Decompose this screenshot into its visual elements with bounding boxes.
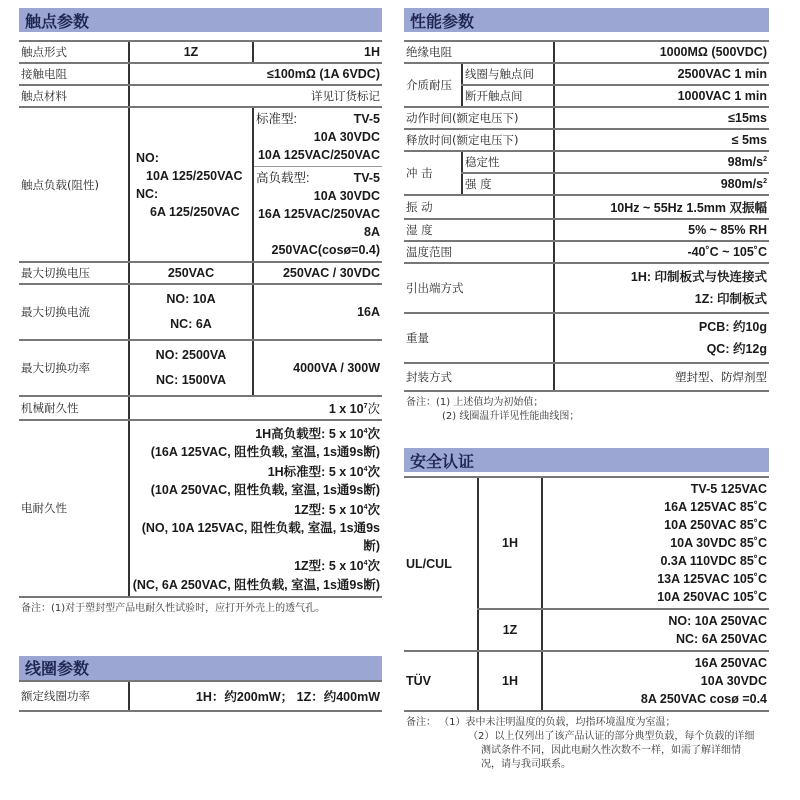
- text-line: 1H高负载型: 5 x 104次: [132, 423, 380, 443]
- row-label: 振 动: [404, 195, 554, 219]
- performance-section-title: 性能参数: [404, 8, 769, 32]
- model-label: 1H: [478, 477, 542, 609]
- text-line: 1H: 印制板式与快连接式: [557, 266, 767, 288]
- cell-1z: NO: 2500VA NC: 1500VA: [129, 340, 253, 396]
- cell-value: -40˚C ~ 105˚C: [554, 241, 769, 263]
- table-row: 封装方式 塑封型、防焊剂型: [404, 363, 769, 391]
- cell-value: 2500VAC 1 min: [554, 63, 769, 85]
- table-row: TÜV 1H 16A 250VAC 10A 30VDC 8A 250VAC co…: [404, 651, 769, 711]
- row-label: 绝缘电阻: [404, 41, 554, 63]
- text-line: 8A 250VAC cosø =0.4: [545, 690, 767, 708]
- row-label: 最大切换功率: [19, 340, 129, 396]
- table-row: 触点负载(阻性) NO: 10A 125/250VAC NC: 6A 125/2…: [19, 107, 382, 167]
- text-line: (10A 250VAC, 阻性负载, 室温, 1s通9s断): [132, 481, 380, 499]
- row-label: 释放时间(额定电压下): [404, 129, 554, 151]
- cell-value: 塑封型、防焊剂型: [554, 363, 769, 391]
- text-line: 16A 125VAC/250VAC: [256, 205, 380, 223]
- row-label: 封装方式: [404, 363, 554, 391]
- row-label: 额定线圈功率: [19, 681, 129, 711]
- cell-1z: 1Z: [129, 41, 253, 63]
- text-line: 1H标准型: 5 x 104次: [132, 461, 380, 481]
- heavy-label: 高负载型:: [256, 169, 309, 187]
- safety-note: 备注： （1）表中未注明温度的负载，均指环境温度为室温； （2）以上仅列出了该产…: [404, 712, 769, 776]
- text-line: 10A 125VAC/250VAC: [256, 146, 380, 164]
- cell-value: 1000VAC 1 min: [554, 85, 769, 107]
- unit-text: 次: [367, 427, 380, 441]
- performance-params-table: 绝缘电阻 1000MΩ (500VDC) 介质耐压 线圈与触点间 2500VAC…: [404, 40, 769, 392]
- cell-value: 980m/s2: [554, 173, 769, 195]
- model-label: 1Z: [478, 609, 542, 651]
- table-row: 湿 度 5% ~ 85% RH: [404, 219, 769, 241]
- safety-section-title: 安全认证: [404, 448, 769, 472]
- contact-note: 备注：(1)对于塑封型产品电耐久性试验时，应打开外壳上的透气孔。: [19, 598, 382, 620]
- sub-label: 强 度: [462, 173, 554, 195]
- text-line: 1Z型: 5 x 104次: [132, 555, 380, 575]
- text-line: TV-5 125VAC: [545, 480, 767, 498]
- row-label: 最大切换电流: [19, 284, 129, 340]
- text-line: 6A 125/250VAC: [136, 203, 250, 221]
- table-row: 最大切换功率 NO: 2500VA NC: 1500VA 4000VA / 30…: [19, 340, 382, 396]
- row-label: 电耐久性: [19, 420, 129, 597]
- text-line: NO: 2500VA: [132, 343, 250, 368]
- cell-value: 详见订货标记: [129, 85, 382, 107]
- cell-1h-heavy: 高负载型:TV-5 10A 30VDC 16A 125VAC/250VAC 8A…: [253, 167, 382, 263]
- table-row: 释放时间(额定电压下) ≤ 5ms: [404, 129, 769, 151]
- cell-value: ≤15ms: [554, 107, 769, 129]
- cell-value: 10Hz ~ 55Hz 1.5mm 双振幅: [554, 195, 769, 219]
- text-line: (NO, 10A 125VAC, 阻性负载, 室温, 1s通9s断): [132, 519, 380, 555]
- table-row: 机械耐久性 1 x 107次: [19, 396, 382, 420]
- note-line: 测试条件不同，因此电耐久性次数不一样，如需了解详细情: [406, 744, 767, 758]
- unit-text: 次: [367, 402, 380, 416]
- note-line: 备注： （1）表中未注明温度的负载，均指环境温度为室温；: [406, 716, 767, 730]
- text-line: NO: 10A: [132, 287, 250, 312]
- value-text: 1 x 10: [329, 402, 364, 416]
- text-line: 16A 125VAC 85˚C: [545, 498, 767, 516]
- text-line: (16A 125VAC, 阻性负载, 室温, 1s通9s断): [132, 443, 380, 461]
- text-line: 10A 30VDC: [545, 672, 767, 690]
- row-label: 机械耐久性: [19, 396, 129, 420]
- row-label: 接触电阻: [19, 63, 129, 85]
- text-line: NC: 6A 250VAC: [545, 630, 767, 648]
- text-line: 1Z型: 5 x 104次: [132, 499, 380, 519]
- row-label: 湿 度: [404, 219, 554, 241]
- sub-label: 断开触点间: [462, 85, 554, 107]
- standard-rating: TV-5: [354, 110, 380, 128]
- text-line: 10A 30VDC: [256, 128, 380, 146]
- cell-value: 1 x 107次: [129, 396, 382, 420]
- heavy-rating: TV-5: [354, 169, 380, 187]
- performance-note: 备注：(1) 上述值均为初始值； (2) 线圈温升详见性能曲线图；: [404, 392, 769, 428]
- cert-label: TÜV: [404, 651, 478, 711]
- text-line: 1Z: 印制板式: [557, 288, 767, 310]
- value-text: 98m/s: [728, 155, 763, 169]
- line-text: 1H标准型: 5 x 10: [268, 465, 364, 479]
- cell-1h: 250VAC / 30VDC: [253, 262, 382, 284]
- sub-label: 稳定性: [462, 151, 554, 173]
- cell-1h: 4000VA / 300W: [253, 340, 382, 396]
- value-text: 980m/s: [721, 177, 763, 191]
- exponent: 2: [763, 178, 767, 185]
- row-label: 触点负载(阻性): [19, 107, 129, 262]
- cell-1z-load: NO: 10A 125/250VAC NC: 6A 125/250VAC: [129, 107, 253, 262]
- right-column: 性能参数 绝缘电阻 1000MΩ (500VDC) 介质耐压 线圈与触点间 25…: [404, 8, 769, 776]
- row-label: 冲 击: [404, 151, 462, 195]
- coil-params-table: 额定线圈功率 1H：约200mW； 1Z：约400mW: [19, 680, 382, 712]
- note-line: （2）以上仅列出了该产品认证的部分典型负载，每个负载的详细: [406, 730, 767, 744]
- sub-label: 线圈与触点间: [462, 63, 554, 85]
- exponent: 2: [763, 156, 767, 163]
- table-row: 介质耐压 线圈与触点间 2500VAC 1 min: [404, 63, 769, 85]
- cell-value: PCB: 约10g QC: 约12g: [554, 313, 769, 363]
- cell-value: 16A 250VAC 10A 30VDC 8A 250VAC cosø =0.4: [542, 651, 769, 711]
- text-line: QC: 约12g: [557, 338, 767, 360]
- contact-section-title: 触点参数: [19, 8, 382, 32]
- line-text: 1Z型: 5 x 10: [294, 503, 363, 517]
- unit-text: 次: [367, 560, 380, 574]
- text-line: NC: 6A: [132, 312, 250, 337]
- table-row: 接触电阻 ≤100mΩ (1A 6VDC): [19, 63, 382, 85]
- cell-value: ≤100mΩ (1A 6VDC): [129, 63, 382, 85]
- cell-1h: 16A: [253, 284, 382, 340]
- text-line: NC: 1500VA: [132, 368, 250, 393]
- table-row: 绝缘电阻 1000MΩ (500VDC): [404, 41, 769, 63]
- cell-value: 98m/s2: [554, 151, 769, 173]
- table-row: 振 动 10Hz ~ 55Hz 1.5mm 双振幅: [404, 195, 769, 219]
- row-label: 动作时间(额定电压下): [404, 107, 554, 129]
- safety-cert-table: UL/CUL 1H TV-5 125VAC 16A 125VAC 85˚C 10…: [404, 476, 769, 712]
- text-line: 10A 30VDC 85˚C: [545, 534, 767, 552]
- note-line: 况，请与我司联系。: [406, 758, 767, 772]
- text-line: 10A 30VDC: [256, 187, 380, 205]
- cell-value: 1H：约200mW； 1Z：约400mW: [129, 681, 382, 711]
- table-row: 最大切换电流 NO: 10A NC: 6A 16A: [19, 284, 382, 340]
- left-column: 触点参数 触点形式 1Z 1H 接触电阻 ≤100mΩ (1A 6VDC) 触点…: [19, 8, 382, 712]
- text-line: PCB: 约10g: [557, 316, 767, 338]
- note-line: 备注：(1) 上述值均为初始值；: [406, 396, 767, 410]
- table-row: 动作时间(额定电压下) ≤15ms: [404, 107, 769, 129]
- cell-value: 1H高负载型: 5 x 104次 (16A 125VAC, 阻性负载, 室温, …: [129, 420, 382, 597]
- text-line: 8A 250VAC(cosø=0.4): [256, 223, 380, 259]
- row-label: 介质耐压: [404, 63, 462, 107]
- cell-value: 1000MΩ (500VDC): [554, 41, 769, 63]
- table-row: 电耐久性 1H高负载型: 5 x 104次 (16A 125VAC, 阻性负载,…: [19, 420, 382, 597]
- model-label: 1H: [478, 651, 542, 711]
- table-row: UL/CUL 1H TV-5 125VAC 16A 125VAC 85˚C 10…: [404, 477, 769, 609]
- cell-value: ≤ 5ms: [554, 129, 769, 151]
- text-line: NC:: [136, 185, 250, 203]
- cell-1z: NO: 10A NC: 6A: [129, 284, 253, 340]
- standard-label: 标准型:: [256, 110, 297, 128]
- row-label: 引出端方式: [404, 263, 554, 313]
- cell-1z: 250VAC: [129, 262, 253, 284]
- text-line: NO:: [136, 149, 250, 167]
- row-label: 重量: [404, 313, 554, 363]
- cell-value: 1H: 印制板式与快连接式 1Z: 印制板式: [554, 263, 769, 313]
- table-row: 引出端方式 1H: 印制板式与快连接式 1Z: 印制板式: [404, 263, 769, 313]
- row-label: 最大切换电压: [19, 262, 129, 284]
- cell-value: TV-5 125VAC 16A 125VAC 85˚C 10A 250VAC 8…: [542, 477, 769, 609]
- table-row: 重量 PCB: 约10g QC: 约12g: [404, 313, 769, 363]
- table-row: 额定线圈功率 1H：约200mW； 1Z：约400mW: [19, 681, 382, 711]
- cert-label: UL/CUL: [404, 477, 478, 651]
- text-line: 10A 125/250VAC: [136, 167, 250, 185]
- unit-text: 次: [367, 465, 380, 479]
- text-line: NO: 10A 250VAC: [545, 612, 767, 630]
- table-row: 触点材料 详见订货标记: [19, 85, 382, 107]
- contact-params-table: 触点形式 1Z 1H 接触电阻 ≤100mΩ (1A 6VDC) 触点材料 详见…: [19, 40, 382, 598]
- note-line: (2) 线圈温升详见性能曲线图；: [406, 410, 767, 424]
- table-row: 最大切换电压 250VAC 250VAC / 30VDC: [19, 262, 382, 284]
- table-row: 冲 击 稳定性 98m/s2: [404, 151, 769, 173]
- text-line: (NC, 6A 250VAC, 阻性负载, 室温, 1s通9s断): [132, 576, 380, 594]
- cell-value: NO: 10A 250VAC NC: 6A 250VAC: [542, 609, 769, 651]
- row-label: 触点形式: [19, 41, 129, 63]
- unit-text: 次: [367, 503, 380, 517]
- text-line: 13A 125VAC 105˚C: [545, 570, 767, 588]
- text-line: 10A 250VAC 105˚C: [545, 588, 767, 606]
- text-line: 0.3A 110VDC 85˚C: [545, 552, 767, 570]
- table-row: 温度范围 -40˚C ~ 105˚C: [404, 241, 769, 263]
- line-text: 1Z型: 5 x 10: [294, 560, 363, 574]
- row-label: 温度范围: [404, 241, 554, 263]
- coil-section-title: 线圈参数: [19, 656, 382, 680]
- cell-1h: 1H: [253, 41, 382, 63]
- cell-1h-standard: 标准型:TV-5 10A 30VDC 10A 125VAC/250VAC: [253, 107, 382, 167]
- line-text: 1H高负载型: 5 x 10: [255, 427, 363, 441]
- text-line: 16A 250VAC: [545, 654, 767, 672]
- row-label: 触点材料: [19, 85, 129, 107]
- cell-value: 5% ~ 85% RH: [554, 219, 769, 241]
- text-line: 10A 250VAC 85˚C: [545, 516, 767, 534]
- table-row: 触点形式 1Z 1H: [19, 41, 382, 63]
